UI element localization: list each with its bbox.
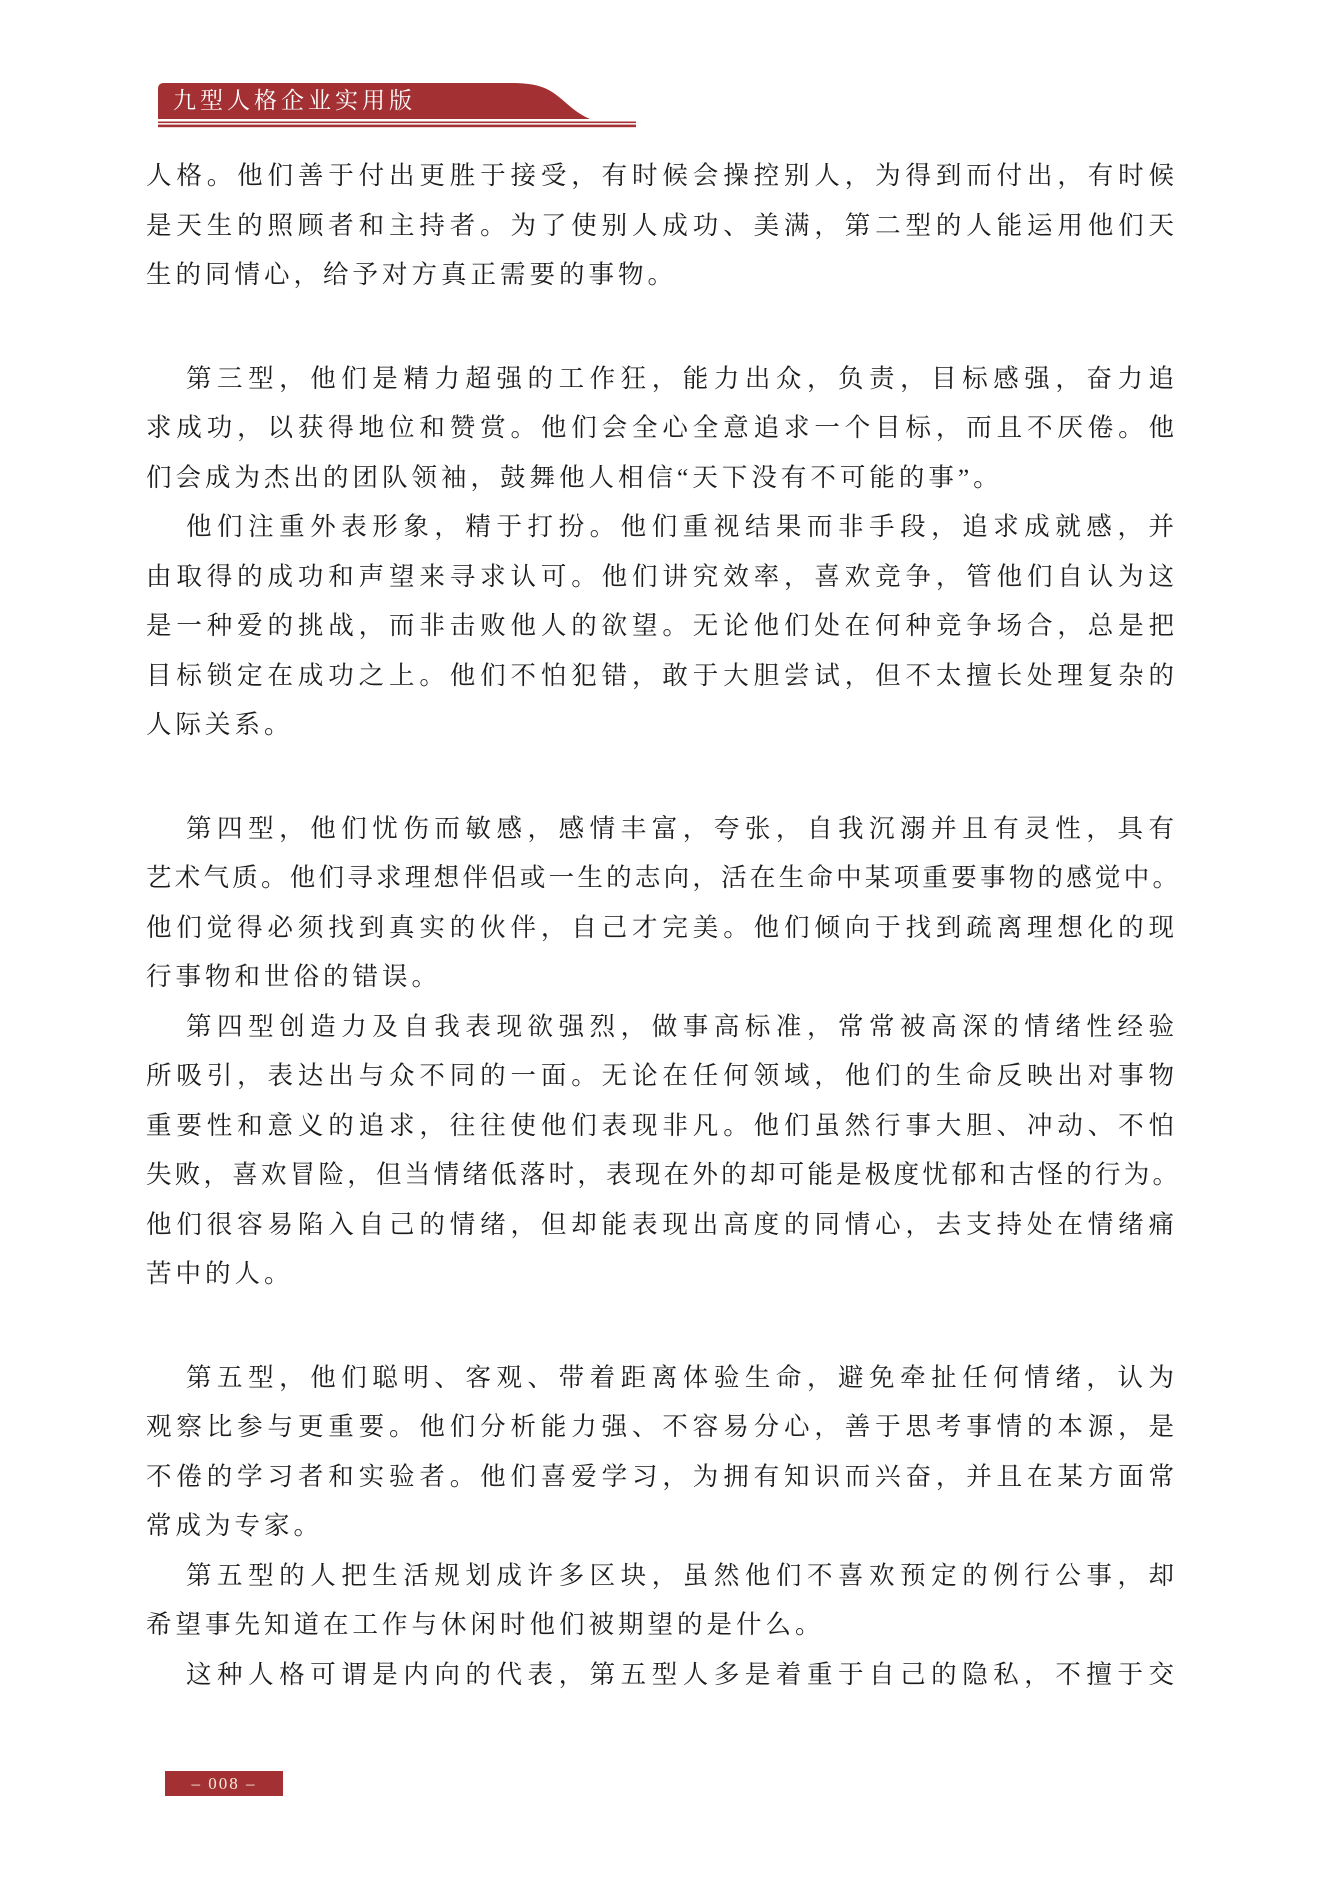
text-line: 第四型创造力及自我表现欲强烈，做事高标准，常常被高深的情绪性经验 [146,1002,1178,1052]
text-line: 是天生的照顾者和主持者。为了使别人成功、美满，第二型的人能运用他们天 [146,201,1178,251]
text-line: 苦中的人。 [146,1249,1178,1299]
text-line: 他们很容易陷入自己的情绪，但却能表现出高度的同情心，去支持处在情绪痛 [146,1200,1178,1250]
text-line: 重要性和意义的追求，往往使他们表现非凡。他们虽然行事大胆、冲动、不怕 [146,1101,1178,1151]
text-line: 人际关系。 [146,700,1178,750]
page-header: 九型人格企业实用版 [156,82,638,128]
page-body-text: 人格。他们善于付出更胜于接受，有时候会操控别人，为得到而付出，有时候 是天生的照… [146,151,1178,1699]
header-rule-thick [158,125,636,128]
text-line: 希望事先知道在工作与休闲时他们被期望的是什么。 [146,1600,1178,1650]
text-line: 他们觉得必须找到真实的伙伴，自己才完美。他们倾向于找到疏离理想化的现 [146,903,1178,953]
text-line: 失败，喜欢冒险，但当情绪低落时，表现在外的却可能是极度忧郁和古怪的行为。 [146,1150,1178,1200]
text-line: 不倦的学习者和实验者。他们喜爱学习，为拥有知识而兴奋，并且在某方面常 [146,1452,1178,1502]
text-line: 所吸引，表达出与众不同的一面。无论在任何领域，他们的生命反映出对事物 [146,1051,1178,1101]
text-line: 求成功，以获得地位和赞赏。他们会全心全意追求一个目标，而且不厌倦。他 [146,403,1178,453]
text-line: 常成为专家。 [146,1501,1178,1551]
text-line: 生的同情心，给予对方真正需要的事物。 [146,250,1178,300]
page-number-badge: – 008 – [165,1771,283,1796]
text-line: 目标锁定在成功之上。他们不怕犯错，敢于大胆尝试，但不太擅长处理复杂的 [146,651,1178,701]
text-line: 观察比参与更重要。他们分析能力强、不容易分心，善于思考事情的本源，是 [146,1402,1178,1452]
text-line: 这种人格可谓是内向的代表，第五型人多是着重于自己的隐私，不擅于交 [146,1650,1178,1700]
text-line: 第五型的人把生活规划成许多区块，虽然他们不喜欢预定的例行公事，却 [146,1551,1178,1601]
text-line: 行事物和世俗的错误。 [146,952,1178,1002]
text-line: 是一种爱的挑战，而非击败他人的欲望。无论他们处在何种竞争场合，总是把 [146,601,1178,651]
text-line: 他们注重外表形象，精于打扮。他们重视结果而非手段，追求成就感，并 [146,502,1178,552]
text-line: 第五型，他们聪明、客观、带着距离体验生命，避免牵扯任何情绪，认为 [146,1353,1178,1403]
book-page: 九型人格企业实用版 人格。他们善于付出更胜于接受，有时候会操控别人，为得到而付出… [0,0,1339,1890]
text-line: 艺术气质。他们寻求理想伴侣或一生的志向，活在生命中某项重要事物的感觉中。 [146,853,1178,903]
book-title: 九型人格企业实用版 [173,82,416,119]
header-rule-thin [158,122,636,124]
text-line: 们会成为杰出的团队领袖，鼓舞他人相信“天下没有不可能的事”。 [146,453,1178,503]
text-line: 第四型，他们忧伤而敏感，感情丰富，夸张，自我沉溺并且有灵性，具有 [146,804,1178,854]
text-line: 人格。他们善于付出更胜于接受，有时候会操控别人，为得到而付出，有时候 [146,151,1178,201]
text-line: 第三型，他们是精力超强的工作狂，能力出众，负责，目标感强，奋力追 [146,354,1178,404]
text-line: 由取得的成功和声望来寻求认可。他们讲究效率，喜欢竞争，管他们自认为这 [146,552,1178,602]
